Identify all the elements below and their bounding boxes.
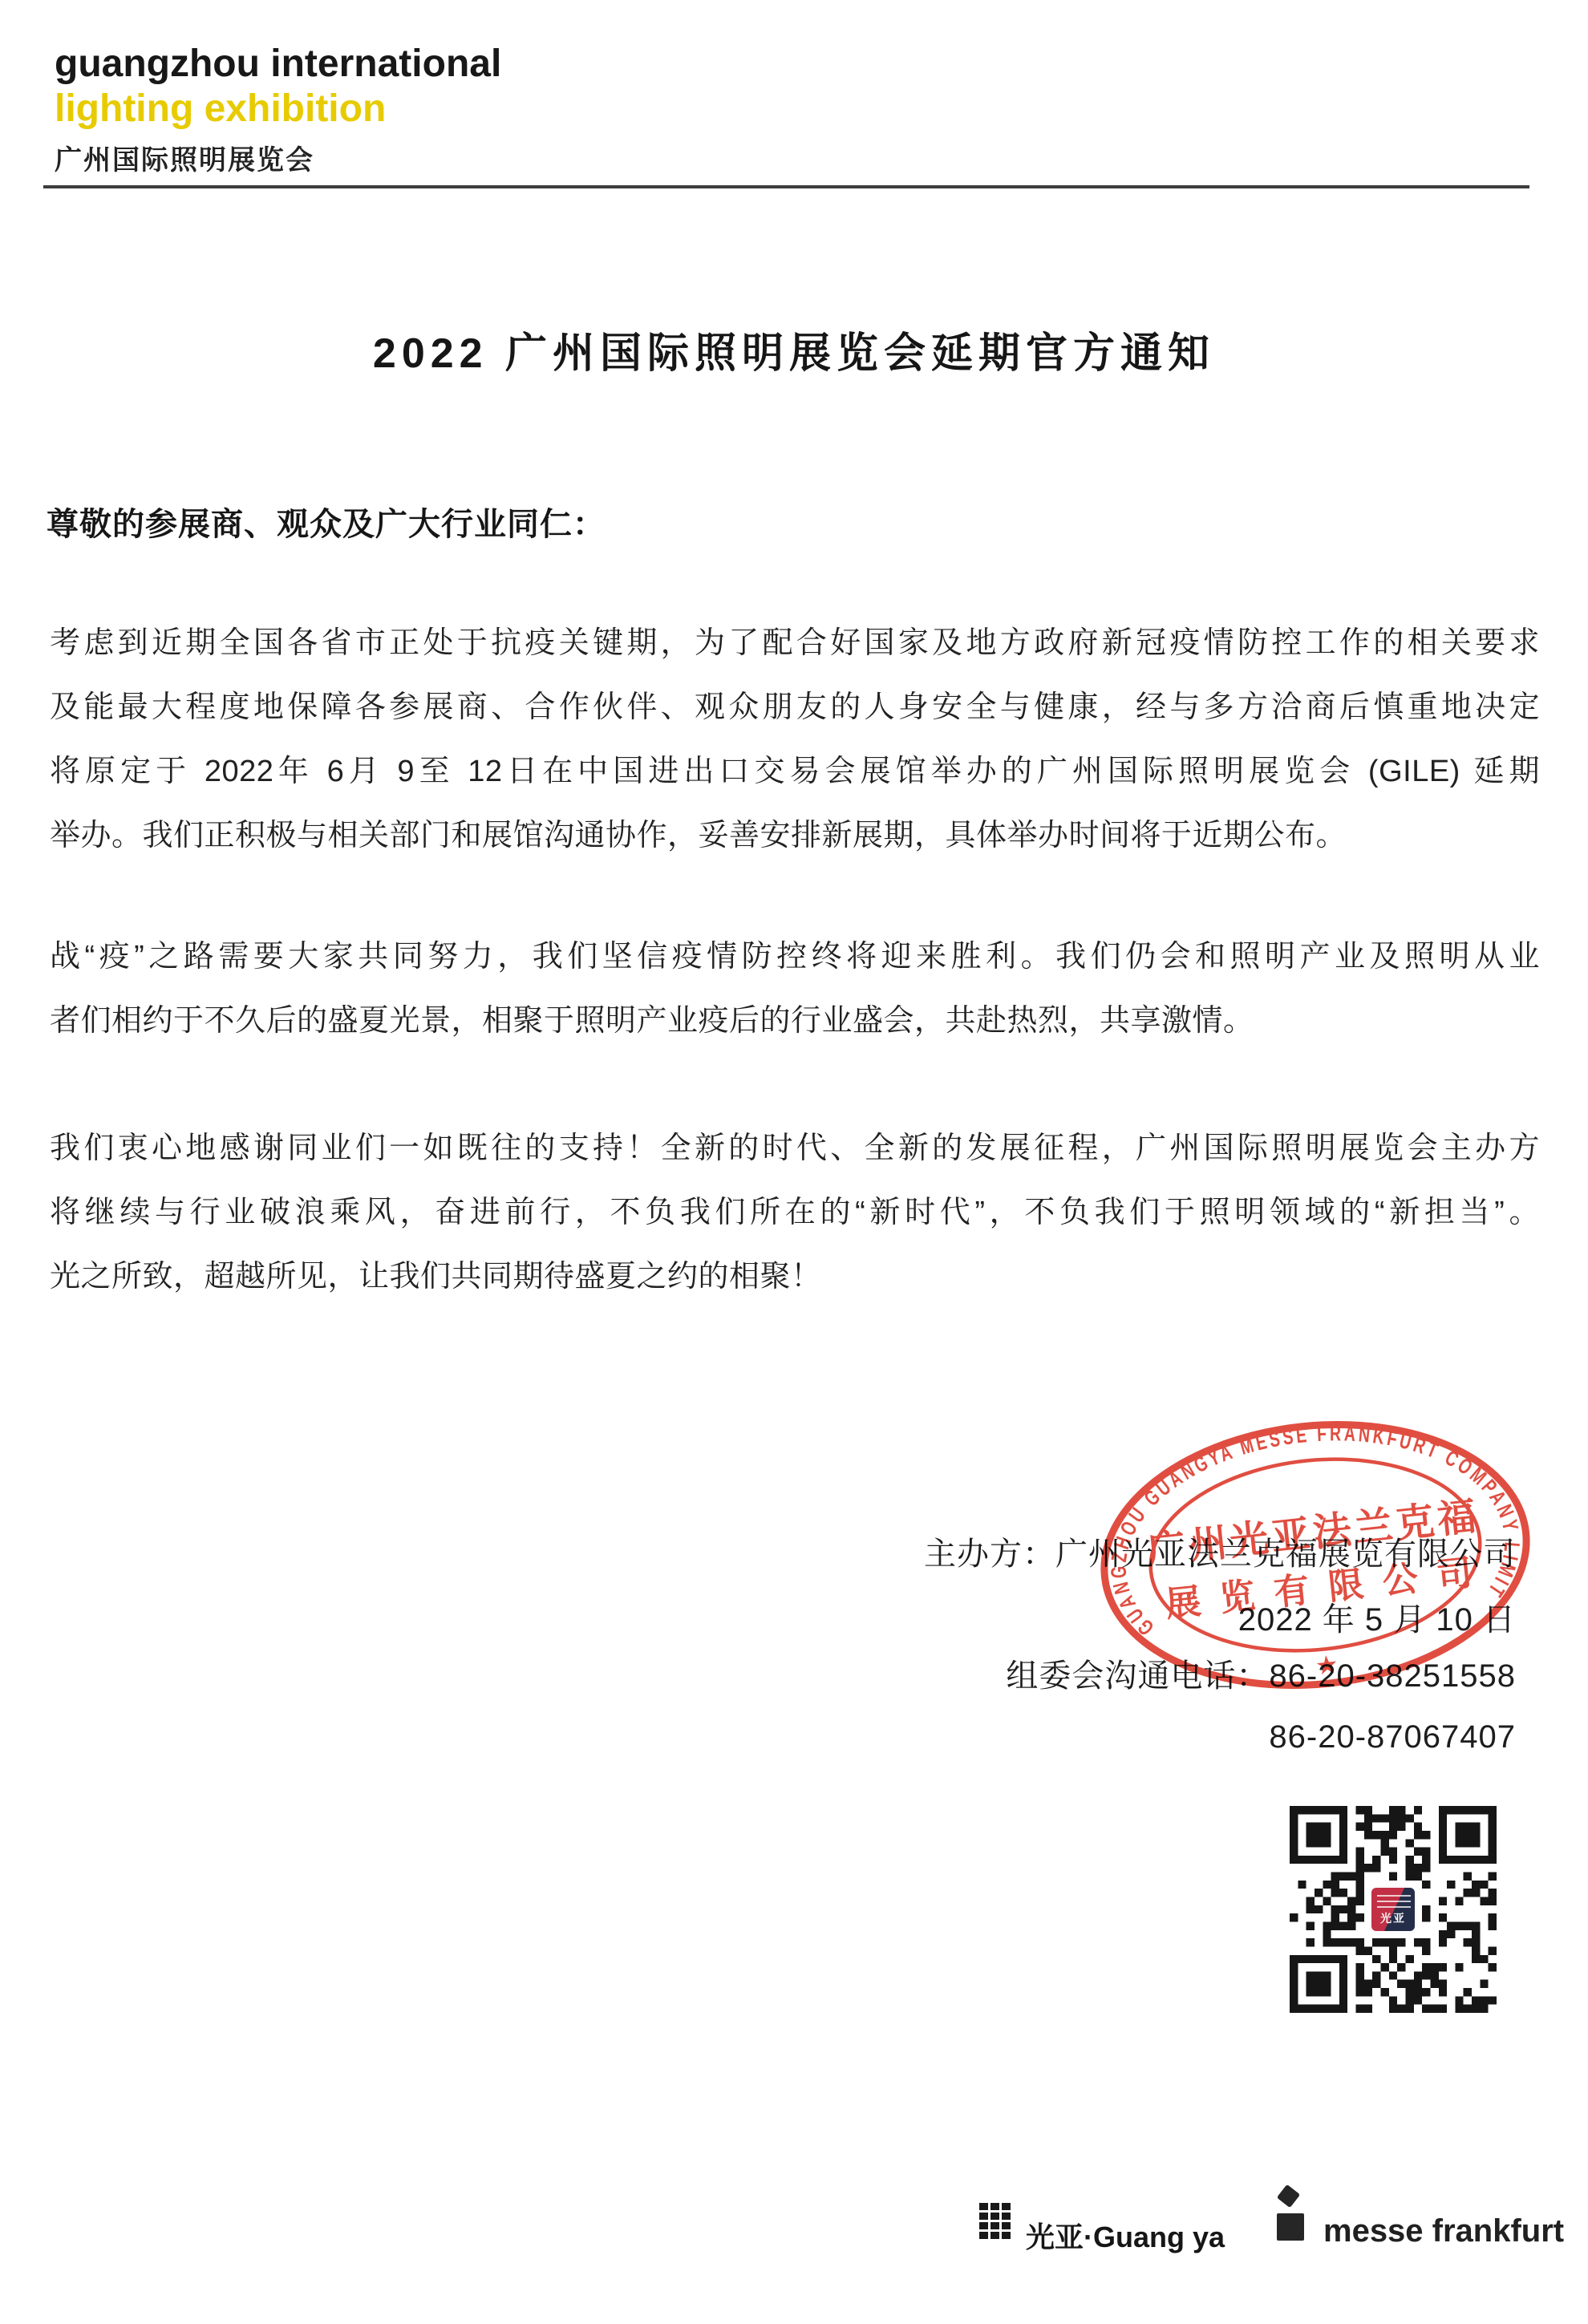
page-title: 2022 广州国际照明展览会延期官方通知 bbox=[0, 319, 1588, 379]
company-stamp: GUANGZHOU GUANGYA MESSE FRANKFURT COMPAN… bbox=[1095, 1418, 1536, 1692]
logo-text-line2: lighting exhibition bbox=[55, 87, 386, 131]
paragraph-line: 考虑到近期全国各省市正处于抗疫关键期，为了配合好国家及地方政府新冠疫情防控工作的… bbox=[50, 611, 1540, 675]
qr-logo-fineprint bbox=[1377, 1895, 1411, 1909]
paragraph-line: 举办。我们正积极与相关部门和展馆沟通协作，妥善安排新展期，具体举办时间将于近期公… bbox=[50, 804, 1540, 868]
paragraph-line: 战“疫”之路需要大家共同努力，我们坚信疫情防控终将迎来胜利。我们仍会和照明产业及… bbox=[50, 925, 1540, 989]
paragraph-2: 战“疫”之路需要大家共同努力，我们坚信疫情防控终将迎来胜利。我们仍会和照明产业及… bbox=[50, 925, 1540, 1053]
paragraph-1: 考虑到近期全国各省市正处于抗疫关键期，为了配合好国家及地方政府新冠疫情防控工作的… bbox=[50, 611, 1540, 868]
guangya-grid-icon bbox=[979, 2203, 1012, 2241]
guangya-logo-label: 光亚·Guang ya bbox=[1026, 2215, 1225, 2256]
logo-text-line1: guangzhou international bbox=[55, 42, 501, 86]
signature-phone-line2: 86-20-87067407 bbox=[1269, 1719, 1516, 1755]
paragraph-line: 者们相约于不久后的盛夏光景，相聚于照明产业疫后的行业盛会，共赴热烈，共享激情。 bbox=[50, 989, 1540, 1053]
qr-code: 光亚 bbox=[1290, 1806, 1497, 2013]
logo-text-chinese: 广州国际照明展览会 bbox=[55, 138, 314, 177]
header-divider bbox=[43, 185, 1529, 188]
messe-frankfurt-icon bbox=[1272, 2183, 1314, 2242]
paragraph-line: 及能最大程度地保障各参展商、合作伙伴、观众朋友的人身安全与健康，经与多方洽商后慎… bbox=[50, 675, 1540, 739]
salutation: 尊敬的参展商、观众及广大行业同仁： bbox=[47, 499, 606, 545]
paragraph-line: 将继续与行业破浪乘风，奋进前行，不负我们所在的“新时代”，不负我们于照明领域的“… bbox=[50, 1180, 1540, 1245]
messe-frankfurt-roof bbox=[1277, 2184, 1300, 2208]
messe-frankfurt-block bbox=[1277, 2213, 1304, 2241]
stamp-star-icon: ★ bbox=[1314, 1650, 1339, 1681]
paragraph-line: 光之所致，超越所见，让我们共同期待盛夏之约的相聚！ bbox=[50, 1245, 1540, 1309]
paragraph-3: 我们衷心地感谢同业们一如既往的支持！全新的时代、全新的发展征程，广州国际照明展览… bbox=[50, 1116, 1540, 1309]
paragraph-line: 我们衷心地感谢同业们一如既往的支持！全新的时代、全新的发展征程，广州国际照明展览… bbox=[50, 1116, 1540, 1180]
qr-center-logo: 光亚 bbox=[1369, 1885, 1417, 1933]
document-page: guangzhou international lighting exhibit… bbox=[0, 0, 1588, 2324]
paragraph-line: 将原定于 2022年 6月 9至 12日在中国进出口交易会展馆举办的广州国际照明… bbox=[50, 739, 1540, 804]
messe-frankfurt-logo-label: messe frankfurt bbox=[1323, 2213, 1564, 2249]
qr-logo-text: 光亚 bbox=[1380, 1913, 1406, 1924]
